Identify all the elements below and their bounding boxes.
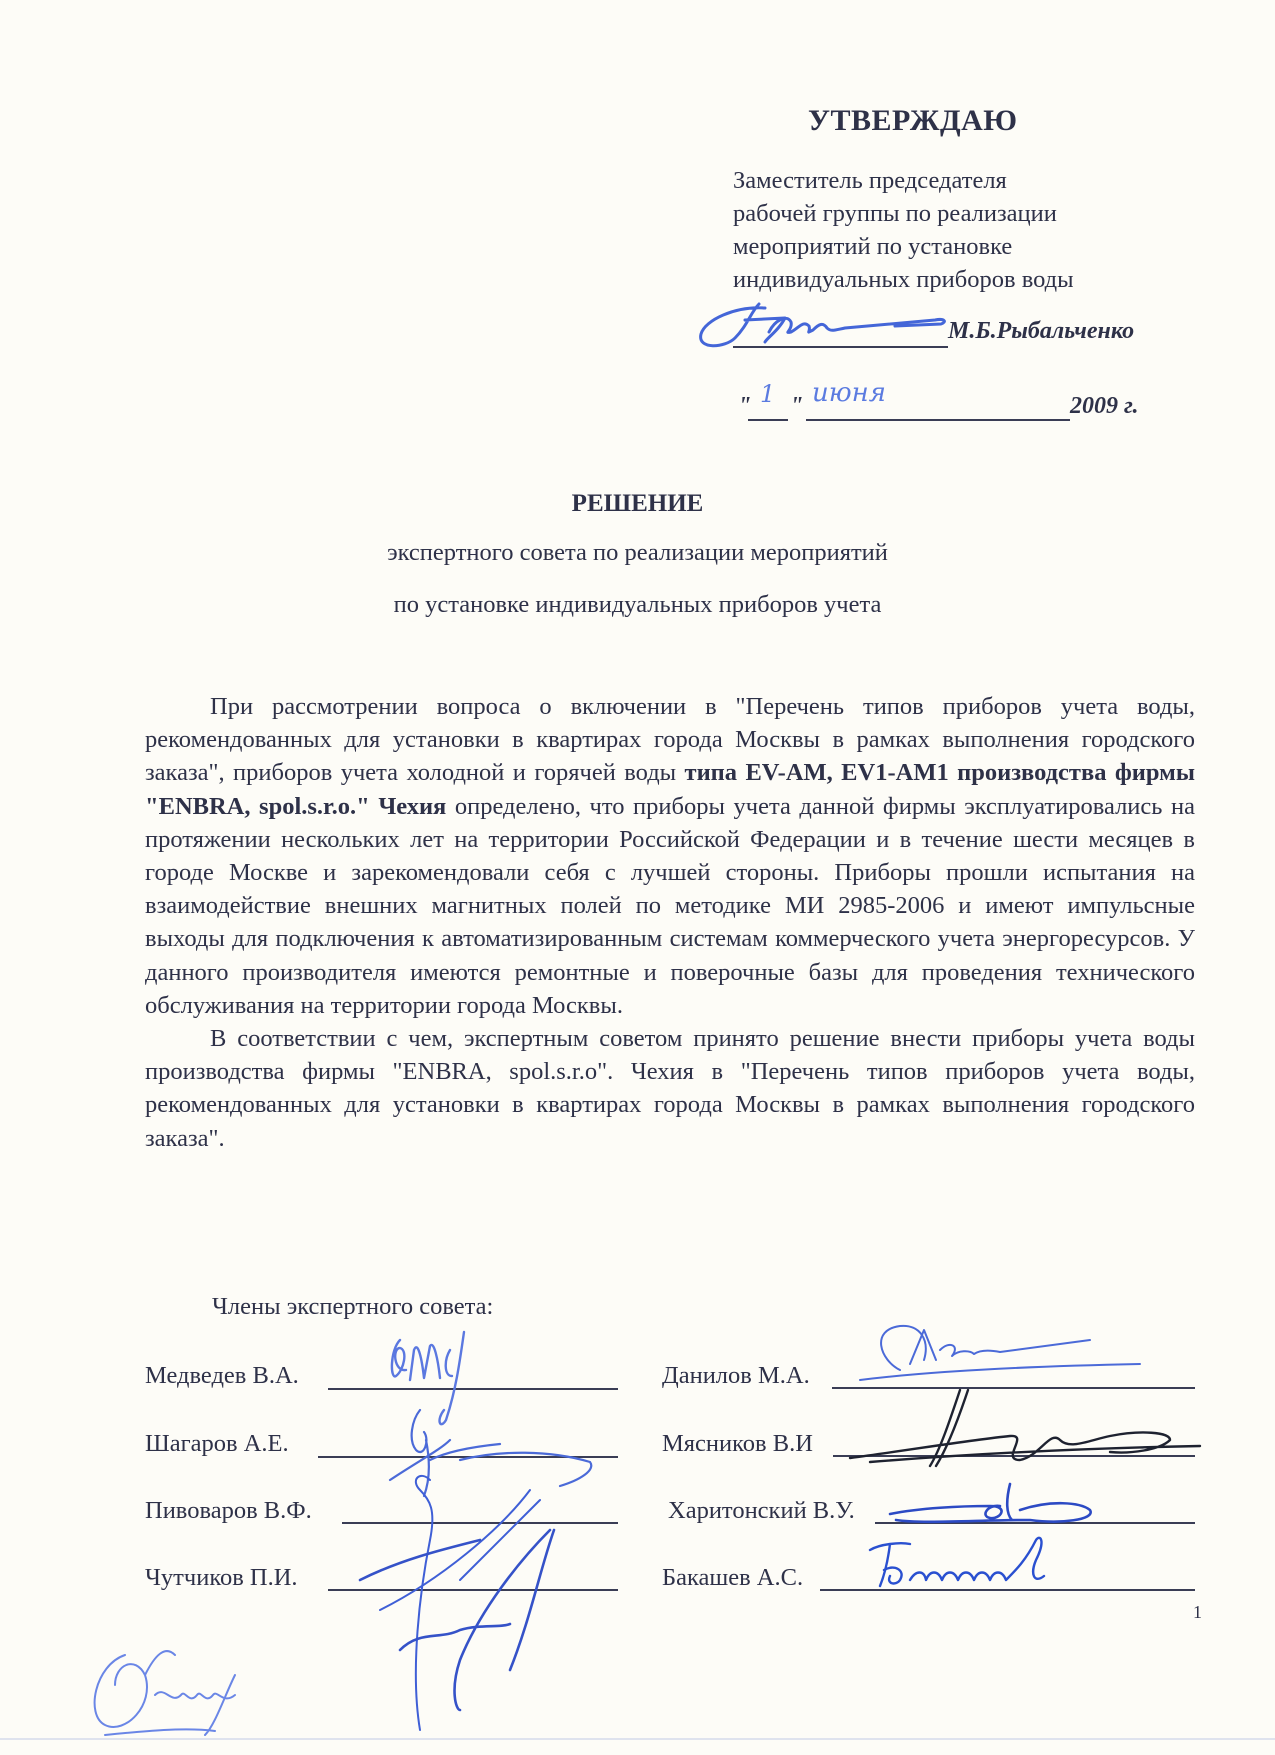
- member-name: Медведев В.А.: [145, 1362, 299, 1390]
- date-day[interactable]: 1: [760, 380, 775, 408]
- signature-myasnikov: [850, 1370, 1210, 1480]
- member-name: Данилов М.А.: [662, 1362, 810, 1390]
- date-open-quote: ": [738, 393, 751, 420]
- signature-bottom-left: [85, 1635, 285, 1745]
- decision-body: При рассмотрении вопроса о включении в "…: [145, 690, 1195, 1155]
- decision-subtitle: по установке индивидуальных приборов уче…: [0, 591, 1275, 619]
- member-name: Мясников В.И: [662, 1430, 813, 1458]
- approver-position-line: мероприятий по установке: [733, 230, 1012, 263]
- date-close-quote: ": [790, 393, 803, 420]
- signature-chutchikov: [360, 1520, 600, 1730]
- decision-title: РЕШЕНИЕ: [0, 490, 1275, 518]
- approval-heading: УТВЕРЖДАЮ: [808, 104, 1018, 138]
- member-name: Шагаров А.Е.: [145, 1430, 289, 1458]
- decision-subtitle: экспертного совета по реализации меропри…: [0, 539, 1275, 567]
- paragraph-1: При рассмотрении вопроса о включении в "…: [145, 690, 1195, 1022]
- member-name: Чутчиков П.И.: [145, 1564, 298, 1592]
- approver-position-line: Заместитель председателя: [733, 164, 1007, 197]
- date-year: 2009 г.: [1070, 393, 1139, 420]
- approver-position-line: рабочей группы по реализации: [733, 197, 1057, 230]
- approver-name: М.Б.Рыбальченко: [948, 318, 1134, 345]
- paragraph-2: В соответствии с чем, экспертным советом…: [145, 1022, 1195, 1155]
- signature-bakashev: [850, 1530, 1110, 1600]
- page-number: 1: [1193, 1602, 1202, 1623]
- page-edge: [0, 1738, 1275, 1740]
- date-month[interactable]: июня: [812, 378, 886, 408]
- member-name: Харитонский В.У.: [668, 1497, 855, 1525]
- member-name: Пивоваров В.Ф.: [145, 1497, 312, 1525]
- date-month-line: [806, 419, 1070, 421]
- approver-signature: [695, 290, 955, 360]
- members-label: Члены экспертного совета:: [212, 1293, 493, 1321]
- paragraph-1-text-cont: определено, что приборы учета данной фир…: [145, 793, 1195, 1019]
- date-day-line: [748, 419, 788, 421]
- member-name: Бакашев А.С.: [662, 1564, 803, 1592]
- document-page: УТВЕРЖДАЮ Заместитель председателя рабоч…: [0, 0, 1275, 1755]
